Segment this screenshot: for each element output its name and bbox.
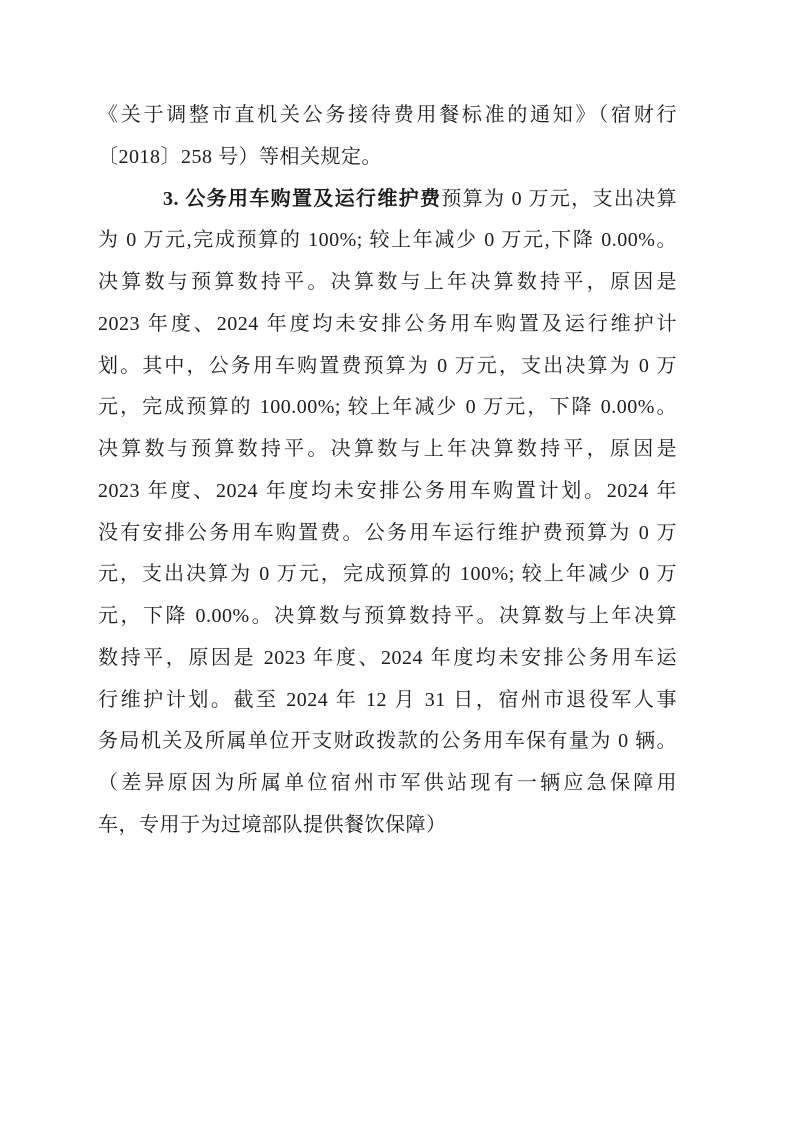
text-line: 数持平，原因是 2023 年度、2024 年度均未安排公务用车运 <box>98 638 677 680</box>
text-line: 决算数与预算数持平。决算数与上年决算数持平，原因是 <box>98 262 677 304</box>
text-line: 务局机关及所属单位开支财政拨款的公务用车保有量为 0 辆。 <box>98 721 677 763</box>
text-line-section-heading: 3. 公务用车购置及运行维护费预算为 0 万元，支出决算 <box>98 179 677 221</box>
text-line: 《关于调整市直机关公务接待费用餐标准的通知》（宿财行 <box>98 95 677 137</box>
document-page: 《关于调整市直机关公务接待费用餐标准的通知》（宿财行 〔2018〕258 号）等… <box>0 0 793 1122</box>
text-line: 元，下降 0.00%。决算数与预算数持平。决算数与上年决算 <box>98 596 677 638</box>
text-line: （差异原因为所属单位宿州市军供站现有一辆应急保障用 <box>98 763 677 805</box>
section-heading-bold: 3. 公务用车购置及运行维护费 <box>163 188 441 210</box>
text-line: 没有安排公务用车购置费。公务用车运行维护费预算为 0 万 <box>98 513 677 555</box>
text-block: 《关于调整市直机关公务接待费用餐标准的通知》（宿财行 〔2018〕258 号）等… <box>98 95 677 847</box>
text-line: 划。其中，公务用车购置费预算为 0 万元，支出决算为 0 万 <box>98 346 677 388</box>
text-line: 为 0 万元,完成预算的 100%; 较上年减少 0 万元,下降 0.00%。 <box>98 220 677 262</box>
text-line: 行维护计划。截至 2024 年 12 月 31 日，宿州市退役军人事 <box>98 680 677 722</box>
text-line: 2023 年度、2024 年度均未安排公务用车购置及运行维护计 <box>98 304 677 346</box>
text-line: 元，支出决算为 0 万元，完成预算的 100%; 较上年减少 0 万 <box>98 554 677 596</box>
text-line: 车，专用于为过境部队提供餐饮保障） <box>98 805 677 847</box>
text-line: 〔2018〕258 号）等相关规定。 <box>98 137 677 179</box>
text-line: 元，完成预算的 100.00%; 较上年减少 0 万元，下降 0.00%。 <box>98 387 677 429</box>
text-line: 2023 年度、2024 年度均未安排公务用车购置计划。2024 年 <box>98 471 677 513</box>
text-line: 决算数与预算数持平。决算数与上年决算数持平，原因是 <box>98 429 677 471</box>
section-heading-rest: 预算为 0 万元，支出决算 <box>441 188 677 210</box>
